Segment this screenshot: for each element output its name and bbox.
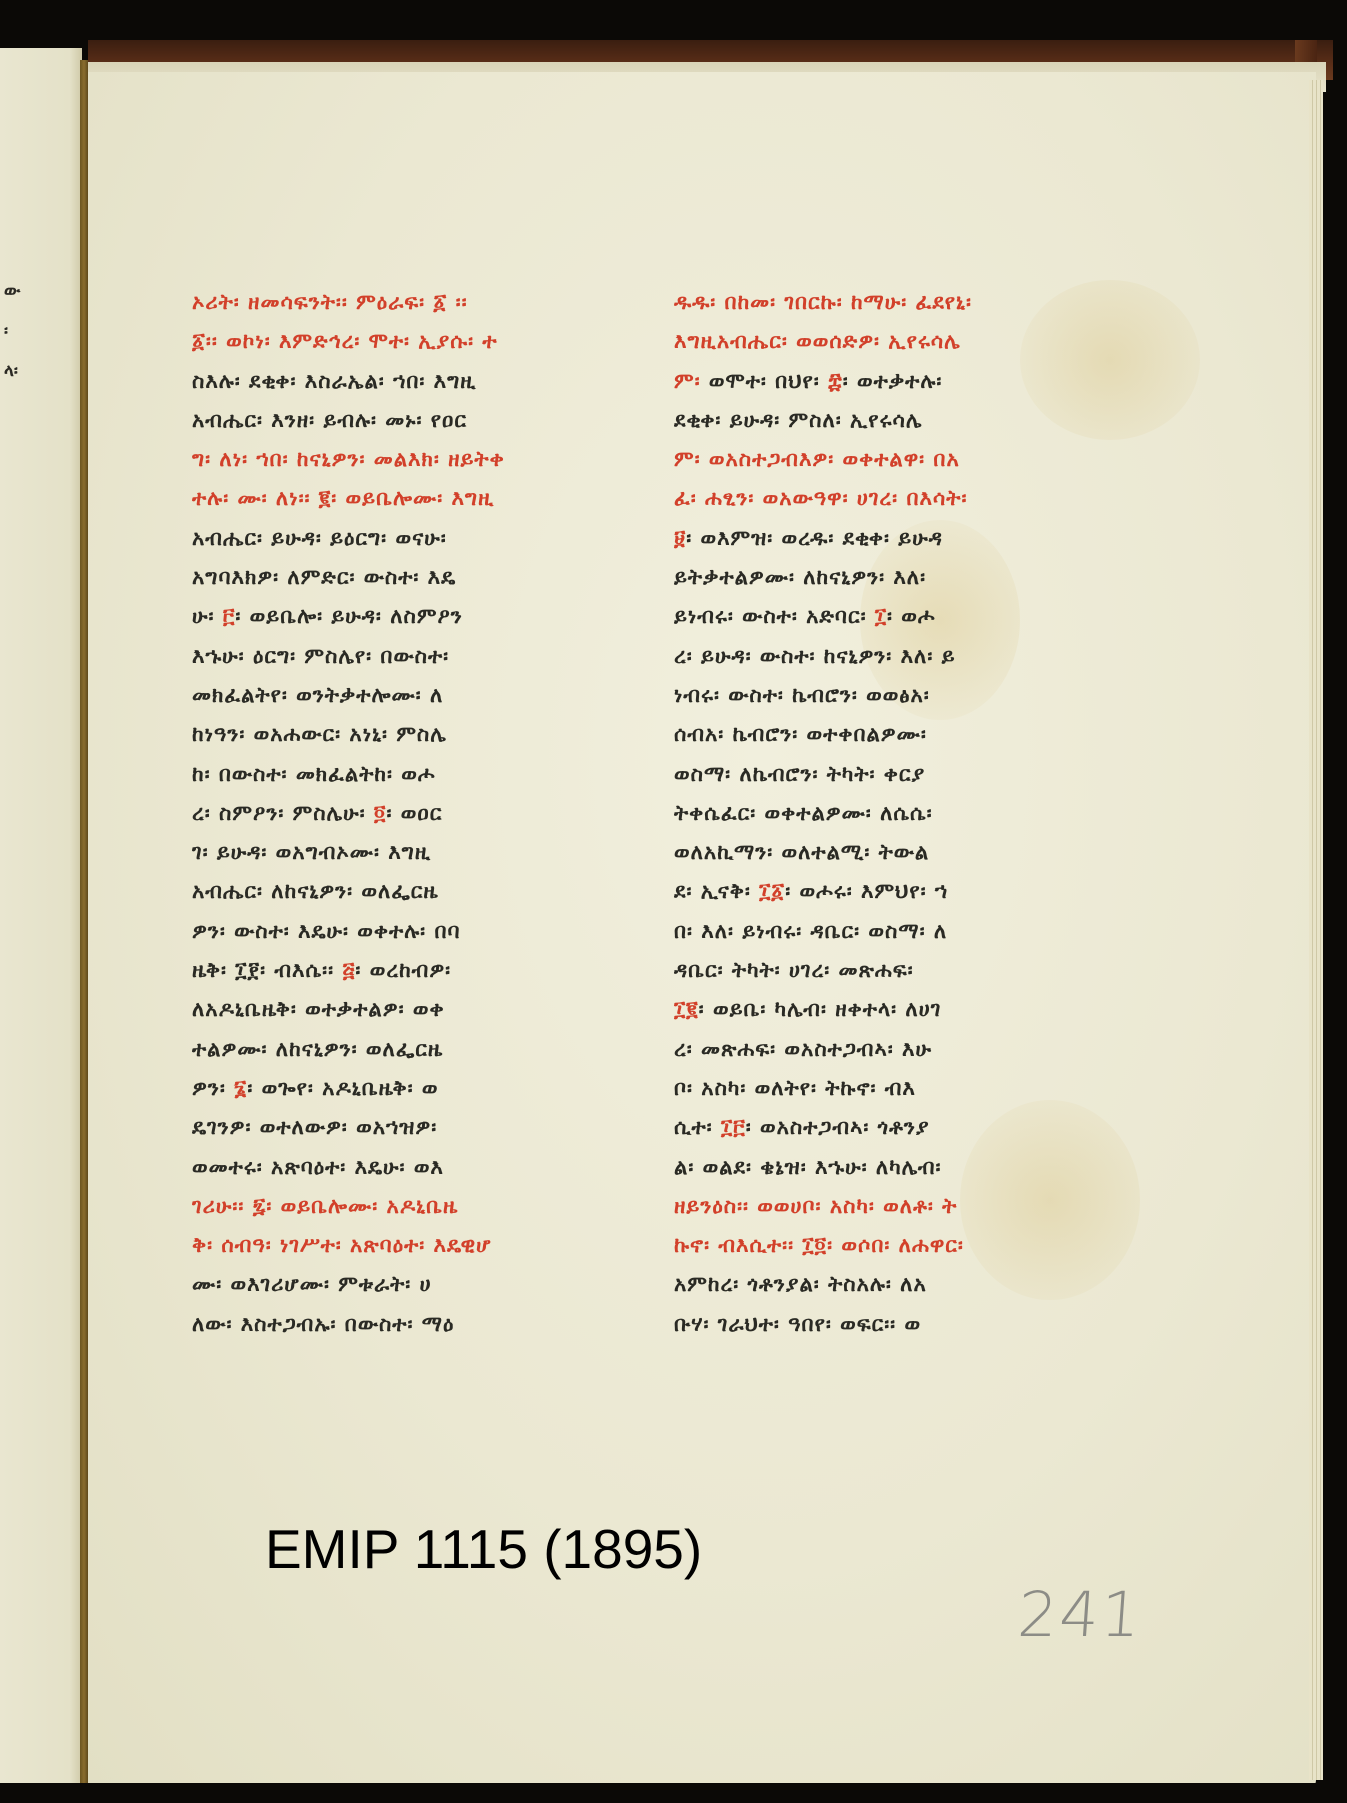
catalog-caption: EMIP 1115 (1895) [265,1517,702,1581]
manuscript-line: ፲፪፡ ወይቤ፡ ካሌብ፡ ዘቀተላ፡ ለሀገ [674,990,1094,1029]
page-edges [1309,80,1323,1780]
left-page-glyph: ፡ [4,321,8,341]
manuscript-line: እግዚአብሔር፡ ወወሰድዎ፡ ኢየሩሳሌ [674,322,1094,361]
manuscript-line: አብሔር፡ እንዘ፡ ይብሉ፡ መኑ፡ የዐር [192,401,612,440]
manuscript-line: ለው፡ እስተጋብኡ፡ በውስተ፡ ማዕ [192,1305,612,1344]
facing-left-page: ው ፡ ላ፡ [0,48,82,1788]
manuscript-line: ኦሪት፡ ዘመሳፍንት፡፡ ምዕራፍ፡ ፩ ፡፡ [192,283,612,322]
manuscript-line: ከነዓን፡ ወአሐውር፡ አነኒ፡ ምስሌ [192,715,612,754]
rubric-numeral: ፱ [674,526,686,550]
manuscript-line: ገ፡ ይሁዳ፡ ወአግብኦሙ፡ እግዚ [192,833,612,872]
rubric-numeral: ፬ [374,801,387,825]
manuscript-line: አብሔር፡ ለከናኒዎን፡ ወለፌርዜ [192,872,612,911]
rubric-numeral: ፭ [342,958,355,982]
rubric-numeral: ፲ [875,604,887,628]
manuscript-line: ዎን፡ ውስተ፡ እዴሁ፡ ወቀተሉ፡ በባ [192,912,612,951]
manuscript-line: ኩኖ፡ ብእሲተ፡፡ ፲፬፡ ወሶበ፡ ለሐዋር፡ [674,1226,1094,1265]
manuscript-line: ዎን፡ ፮፡ ወጐየ፡ አዶኒቤዜቅ፡ ወ [192,1069,612,1108]
manuscript-line: ገሪሁ፡፡ ፯፡ ወይቤሎሙ፡ አዶኒቤዜ [192,1187,612,1226]
manuscript-line: ረ፡ መጽሐፍ፡ ወአስተጋብኣ፡ እሁ [674,1030,1094,1069]
manuscript-line: ይነብሩ፡ ውስተ፡ አድባር፡ ፲፡ ወሖ [674,597,1094,636]
rubric-numeral: ፲፪ [674,997,699,1021]
manuscript-line: ደ፡ ኢናቅ፡ ፲፩፡ ወሖሩ፡ እምህየ፡ ኀ [674,872,1094,911]
manuscript-line: ቦ፡ አስካ፡ ወለትየ፡ ትኩኖ፡ ብእ [674,1069,1094,1108]
manuscript-line: ፈ፡ ሐፂን፡ ወአውዓዋ፡ ሀገረ፡ በእሳት፡ [674,479,1094,518]
book-gutter [80,60,88,1785]
manuscript-line: ል፡ ወልደ፡ ቄኔዝ፡ እኁሁ፡ ለካሌብ፡ [674,1148,1094,1187]
manuscript-line: በ፡ እለ፡ ይነብሩ፡ ዳቤር፡ ወስማ፡ ለ [674,912,1094,951]
manuscript-line: ም፡ ወአስተጋብእዎ፡ ወቀተልዋ፡ በአ [674,440,1094,479]
manuscript-line: ፱፡ ወእምዝ፡ ወረዱ፡ ደቂቀ፡ ይሁዳ [674,519,1094,558]
rubric-numeral: ፲፫ [721,1115,746,1139]
manuscript-line: ደቂቀ፡ ይሁዳ፡ ምስለ፡ ኢየሩሳሌ [674,401,1094,440]
manuscript-line: ዴገንዎ፡ ወተለውዎ፡ ወአኀዝዎ፡ [192,1108,612,1147]
manuscript-line: ም፡ ወሞተ፡ በህየ፡ ፰፡ ወተቃተሉ፡ [674,362,1094,401]
rubric-numeral: ፲፩ [759,879,785,903]
folio-number: 241 [1015,1578,1144,1651]
manuscript-line: አግባእክዎ፡ ለምድር፡ ውስተ፡ እዴ [192,558,612,597]
manuscript-line: ግ፡ ለነ፡ ኀበ፡ ከናኒዎን፡ መልእክ፡ ዘይትቀ [192,440,612,479]
manuscript-line: ሁ፡ ፫፡ ወይቤሎ፡ ይሁዳ፡ ለስምዖን [192,597,612,636]
manuscript-line: ዳቤር፡ ትካት፡ ሀገረ፡ መጽሐፍ፡ [674,951,1094,990]
manuscript-line: ከ፡ በውስተ፡ መክፈልትከ፡ ወሖ [192,755,612,794]
text-column-right: ዱዱ፡ በከመ፡ ገበርኩ፡ ከማሁ፡ ፈደየኒ፡እግዚአብሔር፡ ወወሰድዎ፡… [674,283,1094,1344]
manuscript-line: መክፈልትየ፡ ወንትቃተሎሙ፡ ለ [192,676,612,715]
manuscript-line: ተሉ፡ ሙ፡ ለነ፡፡ ፪፡ ወይቤሎሙ፡ እግዚ [192,479,612,518]
rubric-numeral: ፫ [223,604,236,628]
manuscript-line: ሙ፡ ወእገሪሆሙ፡ ምቱራት፡ ሀ [192,1265,612,1304]
rubric-numeral: ፰ [828,369,843,393]
manuscript-line: ትቀሴፈር፡ ወቀተልዎሙ፡ ለሴሴ፡ [674,794,1094,833]
manuscript-line: ዘይንዕስ፡፡ ወወሀቦ፡ አስካ፡ ወለቶ፡ ት [674,1187,1094,1226]
left-page-glyph: ላ፡ [4,361,18,381]
manuscript-line: ስእሉ፡ ደቂቀ፡ እስራኤል፡ ኀበ፡ እግዚ [192,362,612,401]
manuscript-line: ፩፡፡ ወኮነ፡ እምድኅረ፡ ሞተ፡ ኢያሱ፡ ተ [192,322,612,361]
manuscript-line: ነብሩ፡ ውስተ፡ ኬብሮን፡ ወወፅአ፡ [674,676,1094,715]
manuscript-line: ረ፡ ስምዖን፡ ምስሌሁ፡ ፬፡ ወዐር [192,794,612,833]
text-column-left: ኦሪት፡ ዘመሳፍንት፡፡ ምዕራፍ፡ ፩ ፡፡፩፡፡ ወኮነ፡ እምድኅረ፡ … [192,283,612,1344]
manuscript-line: ወስማ፡ ለኬብሮን፡ ትካት፡ ቀርያ [674,755,1094,794]
manuscript-line: ሲተ፡ ፲፫፡ ወአስተጋብኣ፡ ጎቶንያ [674,1108,1094,1147]
manuscript-line: ተልዎሙ፡ ለከናኒዎን፡ ወለፌርዜ [192,1030,612,1069]
manuscript-line: ወለአኪማን፡ ወለተልሚ፡ ትውል [674,833,1094,872]
manuscript-line: ቡሃ፡ ገራህተ፡ ዓበየ፡ ወፍር፡፡ ወ [674,1305,1094,1344]
rubric-numeral: ፮ [234,1076,247,1100]
manuscript-line: ወመተሩ፡ አጽባዕተ፡ እዴሁ፡ ወእ [192,1148,612,1187]
left-page-glyph: ው [4,281,20,301]
rubric-numeral: ም፡ [674,369,701,393]
manuscript-line: ሰብአ፡ ኬብሮን፡ ወተቀበልዎሙ፡ [674,715,1094,754]
background-bottom [0,1783,1347,1803]
manuscript-line: አምከረ፡ ጎቶንያል፡ ትስአሉ፡ ለአ [674,1265,1094,1304]
manuscript-line: ቅ፡ ሰብዓ፡ ነገሥተ፡ አጽባዕተ፡ እዴዊሆ [192,1226,612,1265]
manuscript-line: ረ፡ ይሁዳ፡ ውስተ፡ ከናኒዎን፡ እለ፡ ይ [674,637,1094,676]
manuscript-line: አብሔር፡ ይሁዳ፡ ይዕርግ፡ ወናሁ፡ [192,519,612,558]
manuscript-line: እኁሁ፡ ዕርግ፡ ምስሌየ፡ በውስተ፡ [192,637,612,676]
manuscript-line: ይትቃተልዎሙ፡ ለከናኒዎን፡ እለ፡ [674,558,1094,597]
manuscript-line: ለአዶኒቤዜቅ፡ ወተቃተልዎ፡ ወቀ [192,990,612,1029]
manuscript-line: ዜቅ፡ ፲፻፡ ብእሴ፡፡ ፭፡ ወረከብዎ፡ [192,951,612,990]
manuscript-line: ዱዱ፡ በከመ፡ ገበርኩ፡ ከማሁ፡ ፈደየኒ፡ [674,283,1094,322]
